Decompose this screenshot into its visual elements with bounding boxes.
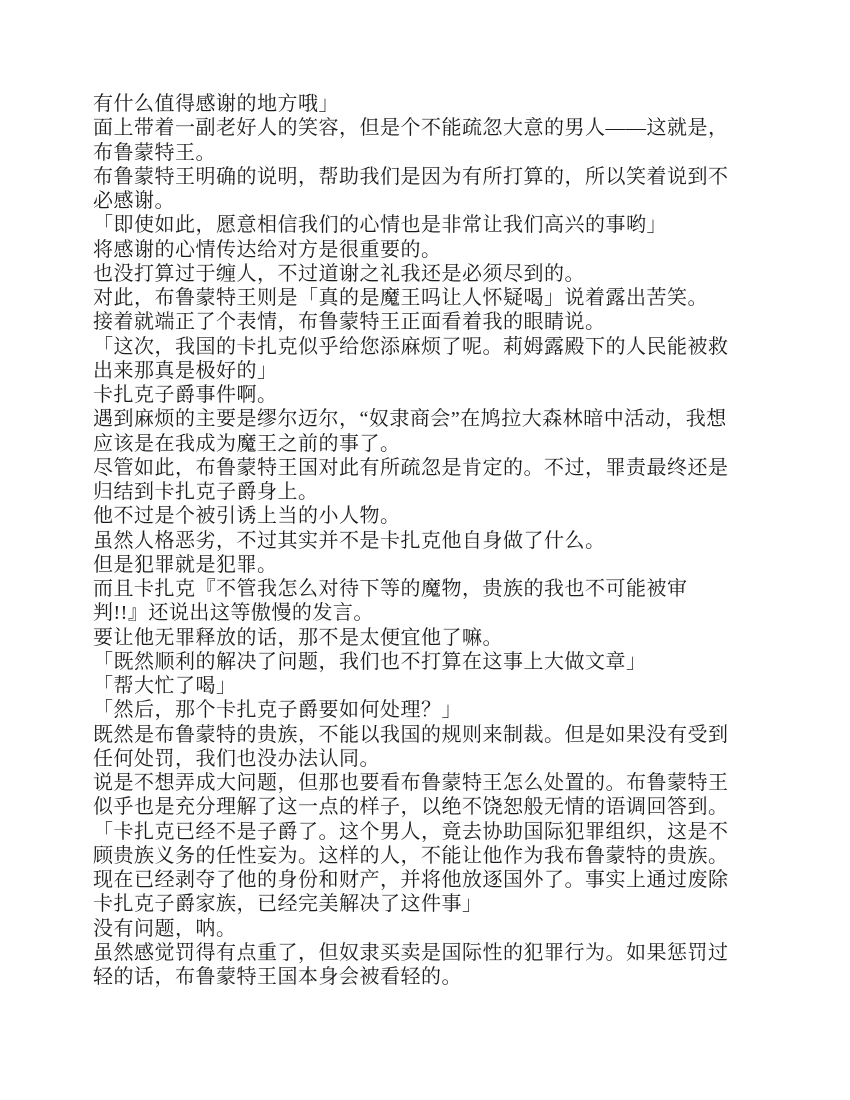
text-line: 顾贵族义务的任性妄为。这样的人，不能让他作为我布鲁蒙特的贵族。 xyxy=(93,844,763,868)
text-line: 说是不想弄成大问题，但那也要看布鲁蒙特王怎么处置的。布鲁蒙特王 xyxy=(93,771,763,795)
text-line: 而且卡扎克『不管我怎么对待下等的魔物，贵族的我也不可能被审 xyxy=(93,577,763,601)
novel-text-block: 有什么值得感谢的地方哦」 面上带着一副老好人的笑容，但是个不能疏忽大意的男人——… xyxy=(93,92,763,989)
text-line: 「这次，我国的卡扎克似乎给您添麻烦了呢。莉姆露殿下的人民能被救 xyxy=(93,335,763,359)
text-line: 「帮大忙了喝」 xyxy=(93,674,763,698)
text-line: 判!!』还说出这等傲慢的发言。 xyxy=(93,601,763,625)
text-line: 既然是布鲁蒙特的贵族，不能以我国的规则来制裁。但是如果没有受到 xyxy=(93,723,763,747)
text-line: 接着就端正了个表情，布鲁蒙特王正面看着我的眼睛说。 xyxy=(93,310,763,334)
text-line: 卡扎克子爵事件啊。 xyxy=(93,383,763,407)
text-line: 布鲁蒙特王。 xyxy=(93,141,763,165)
text-line: 轻的话，布鲁蒙特王国本身会被看轻的。 xyxy=(93,965,763,989)
text-line: 「既然顺利的解决了问题，我们也不打算在这事上大做文章」 xyxy=(93,650,763,674)
text-line: 遇到麻烦的主要是缪尔迈尔，“奴隶商会”在鸠拉大森林暗中活动，我想 xyxy=(93,407,763,431)
text-line: 面上带着一副老好人的笑容，但是个不能疏忽大意的男人——这就是， xyxy=(93,116,763,140)
text-line: 现在已经剥夺了他的身份和财产，并将他放逐国外了。事实上通过废除 xyxy=(93,868,763,892)
text-line: 出来那真是极好的」 xyxy=(93,359,763,383)
text-line: 有什么值得感谢的地方哦」 xyxy=(93,92,763,116)
text-line: 将感谢的心情传达给对方是很重要的。 xyxy=(93,238,763,262)
text-line: 也没打算过于缠人，不过道谢之礼我还是必须尽到的。 xyxy=(93,262,763,286)
text-line: 尽管如此，布鲁蒙特王国对此有所疏忽是肯定的。不过，罪责最终还是 xyxy=(93,456,763,480)
text-line: 似乎也是充分理解了这一点的样子，以绝不饶恕般无情的语调回答到。 xyxy=(93,795,763,819)
text-line: 布鲁蒙特王明确的说明，帮助我们是因为有所打算的，所以笑着说到不 xyxy=(93,165,763,189)
text-line: 虽然感觉罚得有点重了，但奴隶买卖是国际性的犯罪行为。如果惩罚过 xyxy=(93,941,763,965)
text-line: 必感谢。 xyxy=(93,189,763,213)
text-line: 没有问题，呐。 xyxy=(93,917,763,941)
text-line: 「即使如此，愿意相信我们的心情也是非常让我们高兴的事哟」 xyxy=(93,213,763,237)
text-line: 任何处罚，我们也没办法认同。 xyxy=(93,747,763,771)
text-line: 要让他无罪释放的话，那不是太便宜他了嘛。 xyxy=(93,626,763,650)
novel-reader-page: 有什么值得感谢的地方哦」 面上带着一副老好人的笑容，但是个不能疏忽大意的男人——… xyxy=(0,0,850,1100)
text-line: 归结到卡扎克子爵身上。 xyxy=(93,480,763,504)
text-line: 应该是在我成为魔王之前的事了。 xyxy=(93,432,763,456)
text-line: 卡扎克子爵家族，已经完美解决了这件事」 xyxy=(93,892,763,916)
text-line: 「然后，那个卡扎克子爵要如何处理？」 xyxy=(93,698,763,722)
text-line: 虽然人格恶劣，不过其实并不是卡扎克他自身做了什么。 xyxy=(93,529,763,553)
text-line: 对此，布鲁蒙特王则是「真的是魔王吗让人怀疑喝」说着露出苦笑。 xyxy=(93,286,763,310)
text-line: 但是犯罪就是犯罪。 xyxy=(93,553,763,577)
text-line: 他不过是个被引诱上当的小人物。 xyxy=(93,504,763,528)
text-line: 「卡扎克已经不是子爵了。这个男人，竟去协助国际犯罪组织，这是不 xyxy=(93,820,763,844)
